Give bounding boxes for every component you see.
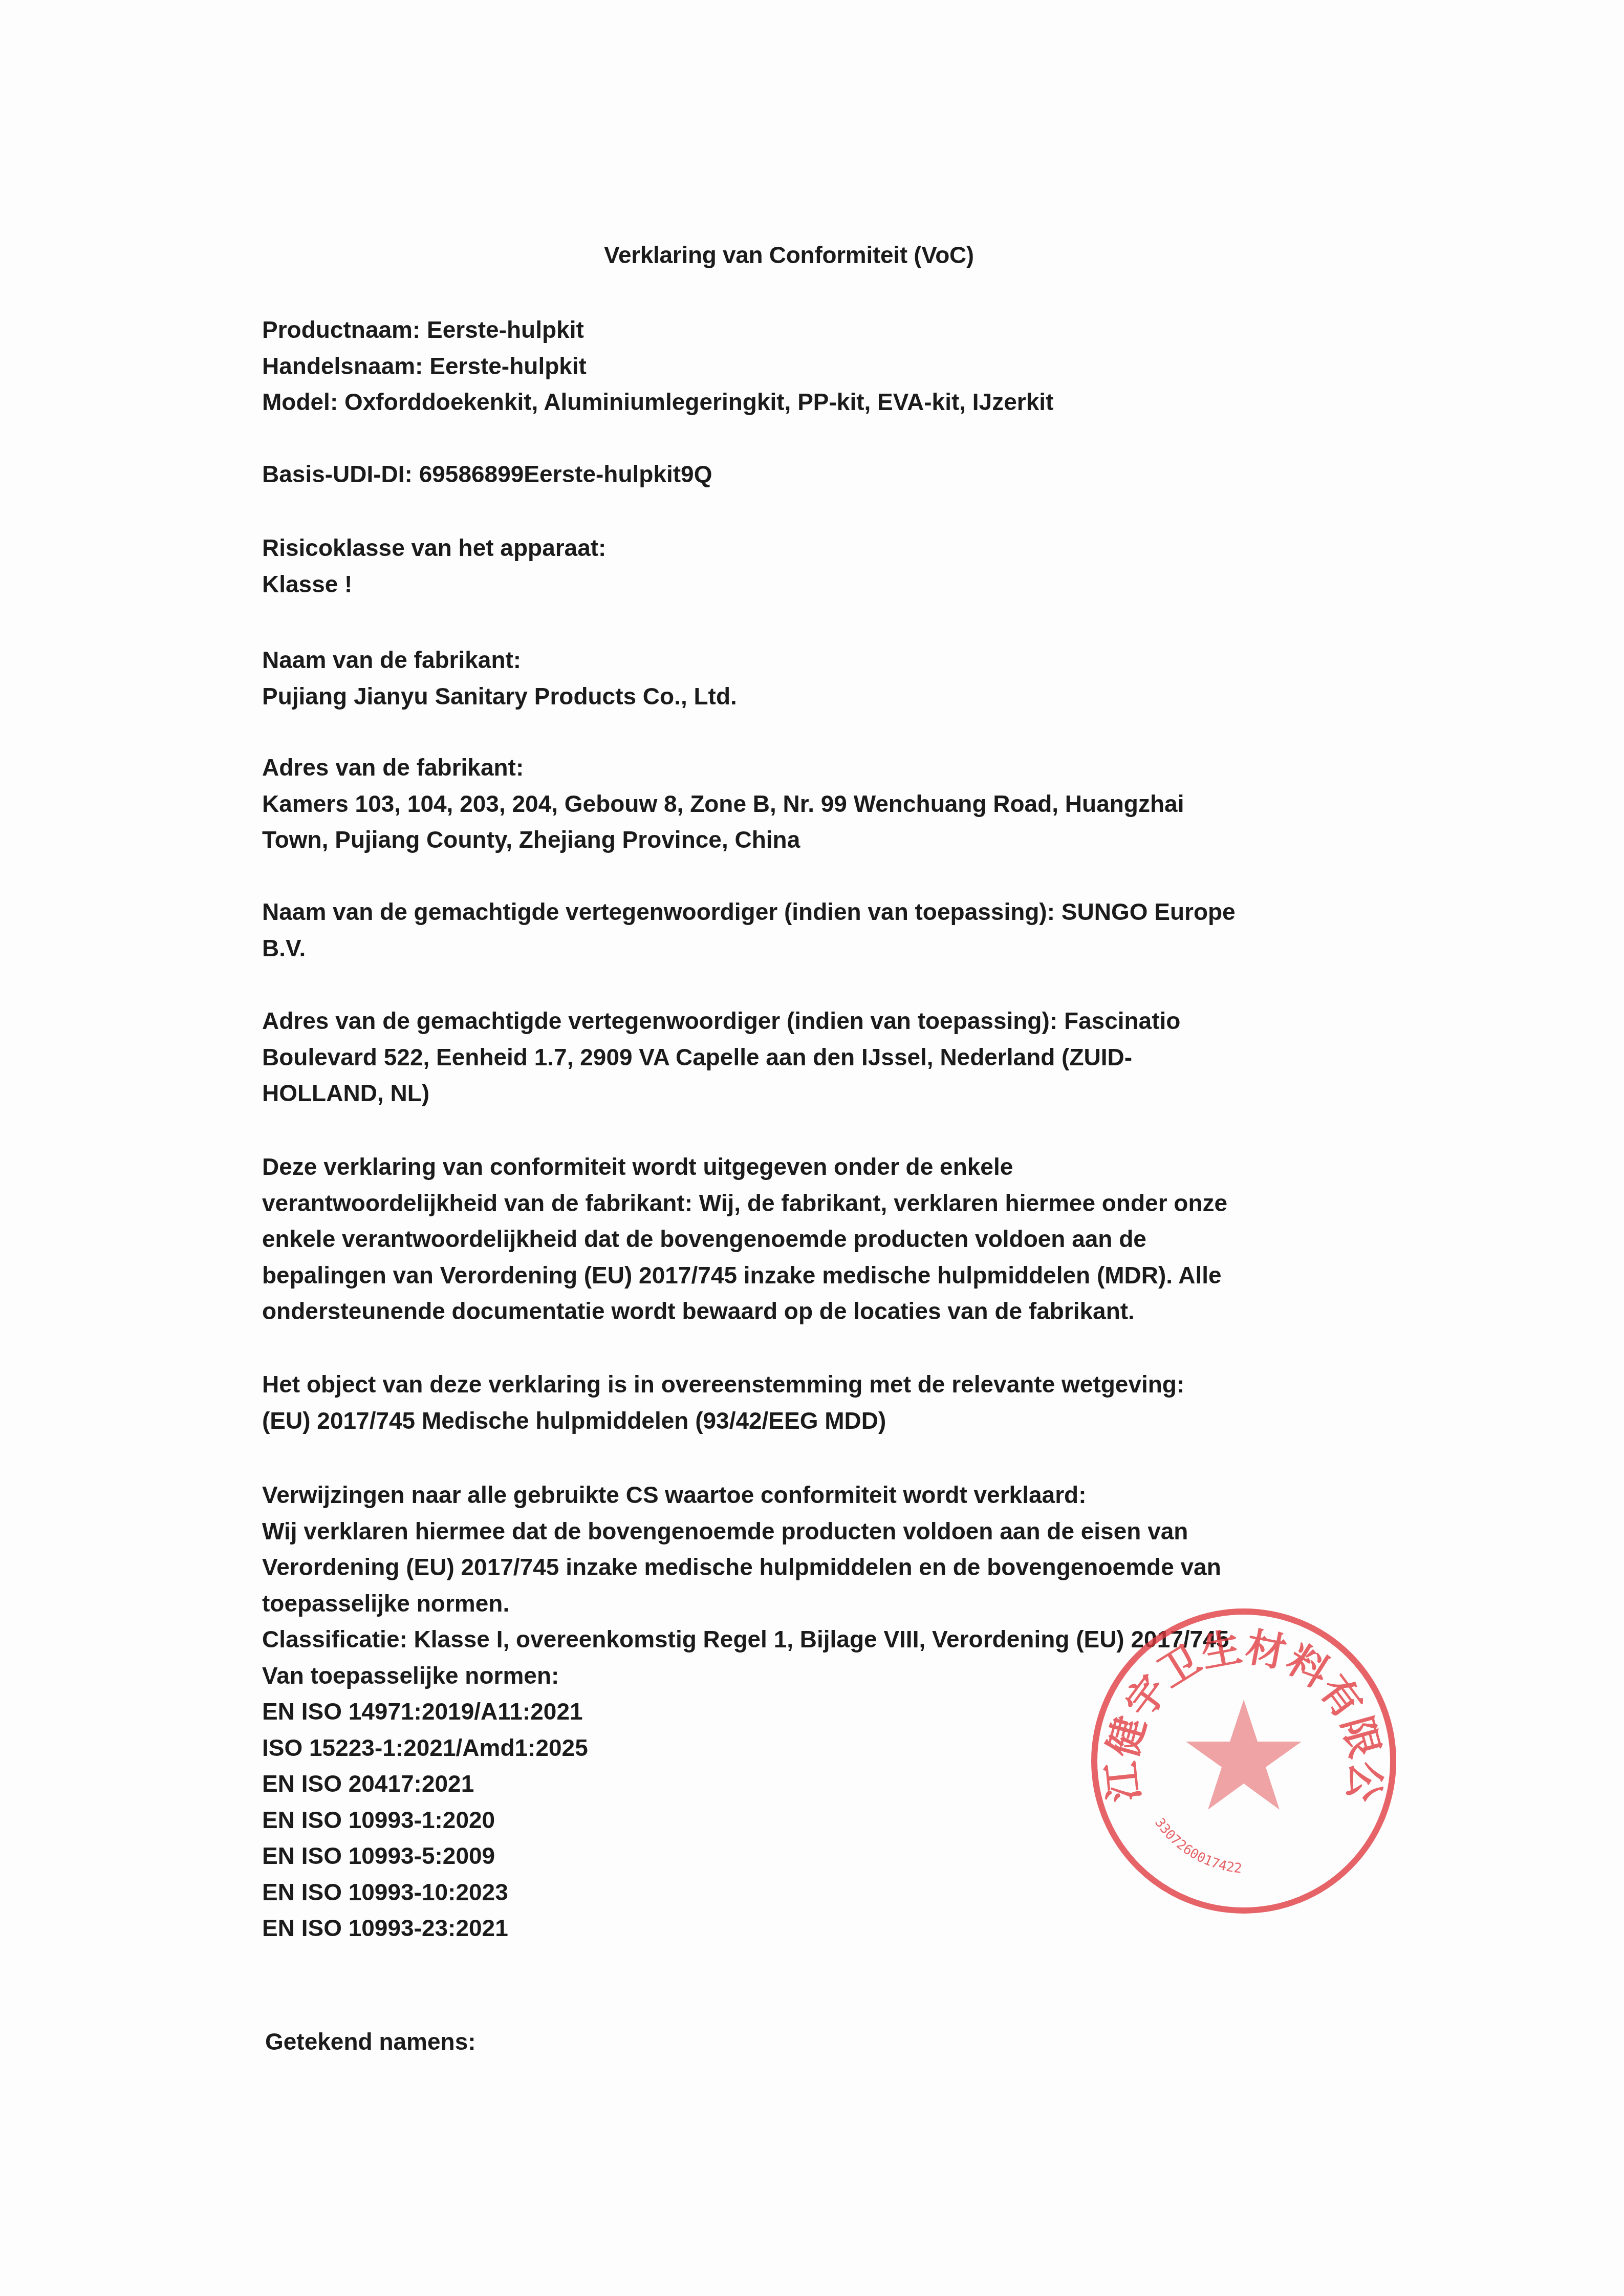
authorized-rep-name: Naam van de gemachtigde vertegenwoordige… [262, 894, 1236, 966]
standard-item: EN ISO 10993-1:2020 [262, 1802, 1229, 1838]
manufacturer-address: Adres van de fabrikant: Kamers 103, 104,… [262, 749, 1184, 858]
manufacturer-address-label: Adres van de fabrikant: [262, 749, 1184, 786]
standard-item: ISO 15223-1:2021/Amd1:2025 [262, 1730, 1229, 1766]
references-line: Verwijzingen naar alle gebruikte CS waar… [262, 1477, 1229, 1513]
references-line: Verordening (EU) 2017/745 inzake medisch… [262, 1549, 1229, 1585]
risk-class-label: Risicoklasse van het apparaat: [262, 530, 606, 566]
legislation: Het object van deze verklaring is in ove… [262, 1366, 1184, 1439]
standard-item: EN ISO 10993-10:2023 [262, 1874, 1229, 1911]
standard-item: EN ISO 20417:2021 [262, 1766, 1229, 1802]
product-name: Productnaam: Eerste-hulpkit [262, 312, 1053, 348]
authorized-rep-address-line: Adres van de gemachtigde vertegenwoordig… [262, 1003, 1180, 1039]
company-seal: 浦江健宇卫生材料有限公司 3307260017422 [1085, 1602, 1402, 1920]
legislation-line: Het object van deze verklaring is in ove… [262, 1366, 1184, 1403]
declaration: Deze verklaring van conformiteit wordt u… [262, 1149, 1227, 1329]
references: Verwijzingen naar alle gebruikte CS waar… [262, 1477, 1229, 1946]
document-page: Verklaring van Conformiteit (VoC) Produc… [0, 0, 1624, 2296]
signed-on-behalf: Getekend namens: [265, 2024, 476, 2060]
manufacturer-address-line: Kamers 103, 104, 203, 204, Gebouw 8, Zon… [262, 786, 1184, 822]
document-title-text: Verklaring van Conformiteit (VoC) [604, 242, 974, 268]
risk-class-value: Klasse ! [262, 566, 606, 603]
star-icon [1186, 1700, 1302, 1810]
standard-item: EN ISO 10993-5:2009 [262, 1838, 1229, 1874]
declaration-line: ondersteunende documentatie wordt bewaar… [262, 1293, 1227, 1329]
references-line: Wij verklaren hiermee dat de bovengenoem… [262, 1513, 1229, 1550]
declaration-line: enkele verantwoordelijkheid dat de boven… [262, 1221, 1227, 1257]
references-line: toepasselijke normen. [262, 1585, 1229, 1622]
product-info: Productnaam: Eerste-hulpkit Handelsnaam:… [262, 312, 1053, 420]
authorized-rep-name-line: B.V. [262, 930, 1236, 967]
manufacturer-address-line: Town, Pujiang County, Zhejiang Province,… [262, 822, 1184, 858]
standards-heading: Van toepasselijke normen: [262, 1658, 1229, 1694]
authorized-rep-address-line: Boulevard 522, Eenheid 1.7, 2909 VA Cape… [262, 1039, 1180, 1076]
basic-udi-di-text: Basis-UDI-DI: 69586899Eerste-hulpkit9Q [262, 456, 712, 492]
risk-class: Risicoklasse van het apparaat: Klasse ! [262, 530, 606, 602]
basic-udi-di: Basis-UDI-DI: 69586899Eerste-hulpkit9Q [262, 456, 712, 492]
manufacturer-name-label: Naam van de fabrikant: [262, 642, 737, 678]
declaration-line: Deze verklaring van conformiteit wordt u… [262, 1149, 1227, 1185]
authorized-rep-address: Adres van de gemachtigde vertegenwoordig… [262, 1003, 1180, 1111]
model: Model: Oxforddoekenkit, Aluminiumlegerin… [262, 384, 1053, 420]
signed-on-behalf-label: Getekend namens: [265, 2024, 476, 2060]
seal-number: 3307260017422 [1152, 1815, 1243, 1877]
trade-name: Handelsnaam: Eerste-hulpkit [262, 348, 1053, 384]
declaration-line: bepalingen van Verordening (EU) 2017/745… [262, 1257, 1227, 1294]
authorized-rep-address-line: HOLLAND, NL) [262, 1075, 1180, 1111]
document-title: Verklaring van Conformiteit (VoC) [0, 237, 1624, 273]
authorized-rep-name-line: Naam van de gemachtigde vertegenwoordige… [262, 894, 1236, 930]
classification-line: Classificatie: Klasse I, overeenkomstig … [262, 1621, 1229, 1658]
declaration-line: verantwoordelijkheid van de fabrikant: W… [262, 1185, 1227, 1221]
manufacturer-name-value: Pujiang Jianyu Sanitary Products Co., Lt… [262, 678, 737, 715]
standard-item: EN ISO 14971:2019/A11:2021 [262, 1693, 1229, 1730]
manufacturer-name: Naam van de fabrikant: Pujiang Jianyu Sa… [262, 642, 737, 714]
standard-item: EN ISO 10993-23:2021 [262, 1910, 1229, 1946]
legislation-line: (EU) 2017/745 Medische hulpmiddelen (93/… [262, 1403, 1184, 1439]
